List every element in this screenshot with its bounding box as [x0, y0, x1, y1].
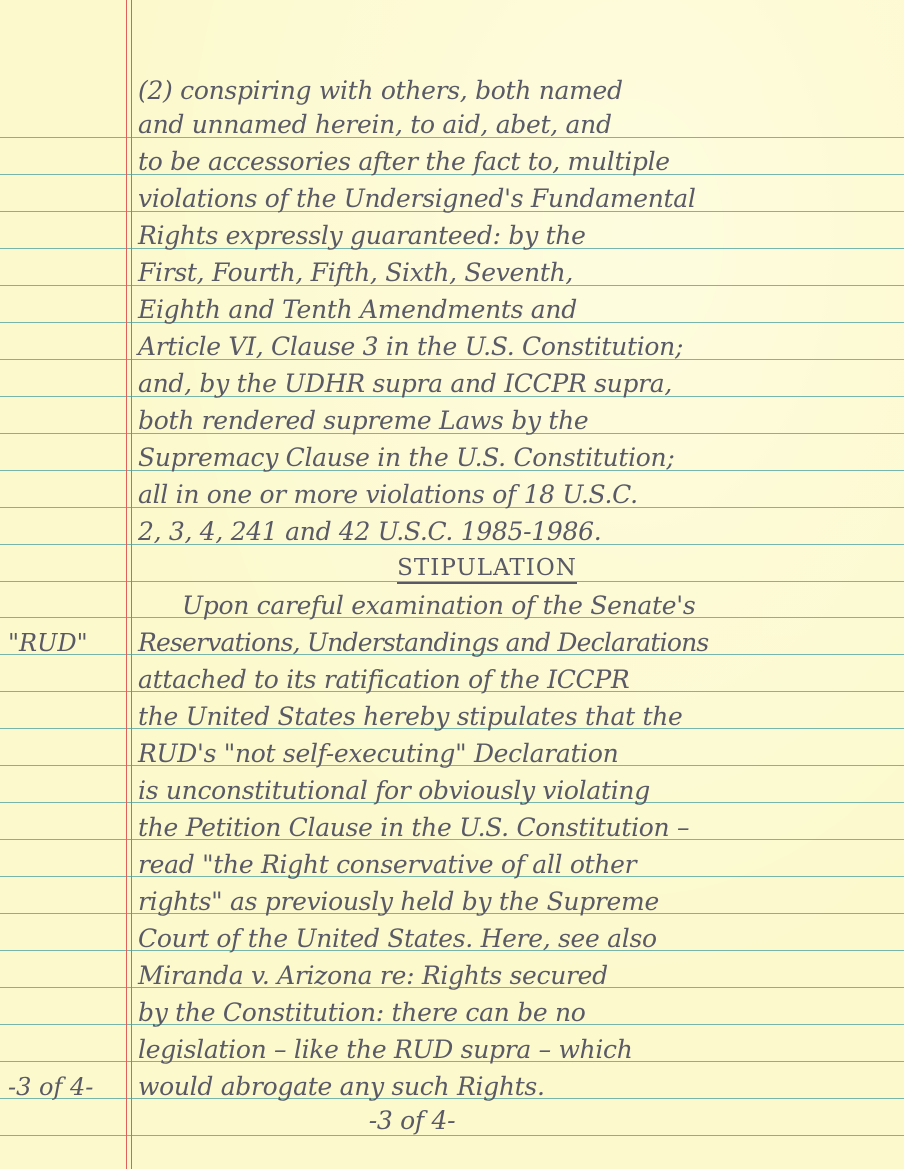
- ruled-paper-page: (2) conspiring with others, both named a…: [0, 0, 904, 1169]
- margin-note-rud: "RUD": [8, 626, 123, 660]
- text-line: would abrogate any such Rights.: [138, 1070, 898, 1104]
- text-line: read "the Right conservative of all othe…: [138, 848, 898, 882]
- text-line: (2) conspiring with others, both named: [138, 74, 898, 108]
- text-line: and unnamed herein, to aid, abet, and: [138, 108, 898, 142]
- text-line: attached to its ratification of the ICCP…: [138, 663, 898, 697]
- text-line: Supremacy Clause in the U.S. Constitutio…: [138, 441, 898, 475]
- text-line: Rights expressly guaranteed: by the: [138, 219, 898, 253]
- text-line: the Petition Clause in the U.S. Constitu…: [138, 811, 898, 845]
- text-line: both rendered supreme Laws by the: [138, 404, 898, 438]
- text-line: RUD's "not self-executing" Declaration: [138, 737, 898, 771]
- text-line: is unconstitutional for obviously violat…: [138, 774, 898, 808]
- margin-note-page-marker: -3 of 4-: [8, 1070, 123, 1104]
- text-line: First, Fourth, Fifth, Sixth, Seventh,: [138, 256, 898, 290]
- text-line: rights" as previously held by the Suprem…: [138, 885, 898, 919]
- text-line: Article VI, Clause 3 in the U.S. Constit…: [138, 330, 898, 364]
- text-line: Upon careful examination of the Senate's: [182, 589, 904, 623]
- text-line: all in one or more violations of 18 U.S.…: [138, 478, 898, 512]
- text-line: the United States hereby stipulates that…: [138, 700, 898, 734]
- text-line: 2, 3, 4, 241 and 42 U.S.C. 1985-1986.: [138, 515, 898, 549]
- text-line: to be accessories after the fact to, mul…: [138, 145, 898, 179]
- text-line: violations of the Undersigned's Fundamen…: [138, 182, 898, 216]
- text-line: legislation – like the RUD supra – which: [138, 1033, 898, 1067]
- text-line: Reservations, Understandings and Declara…: [138, 626, 898, 660]
- text-line: and, by the UDHR supra and ICCPR supra,: [138, 367, 898, 401]
- text-line: Miranda v. Arizona re: Rights secured: [138, 959, 898, 993]
- text-line: Court of the United States. Here, see al…: [138, 922, 898, 956]
- heading-text: STIPULATION: [397, 555, 577, 584]
- page-number: -3 of 4-: [0, 1104, 904, 1138]
- text-line: by the Constitution: there can be no: [138, 996, 898, 1030]
- section-heading: STIPULATION: [0, 551, 904, 585]
- text-line: Eighth and Tenth Amendments and: [138, 293, 898, 327]
